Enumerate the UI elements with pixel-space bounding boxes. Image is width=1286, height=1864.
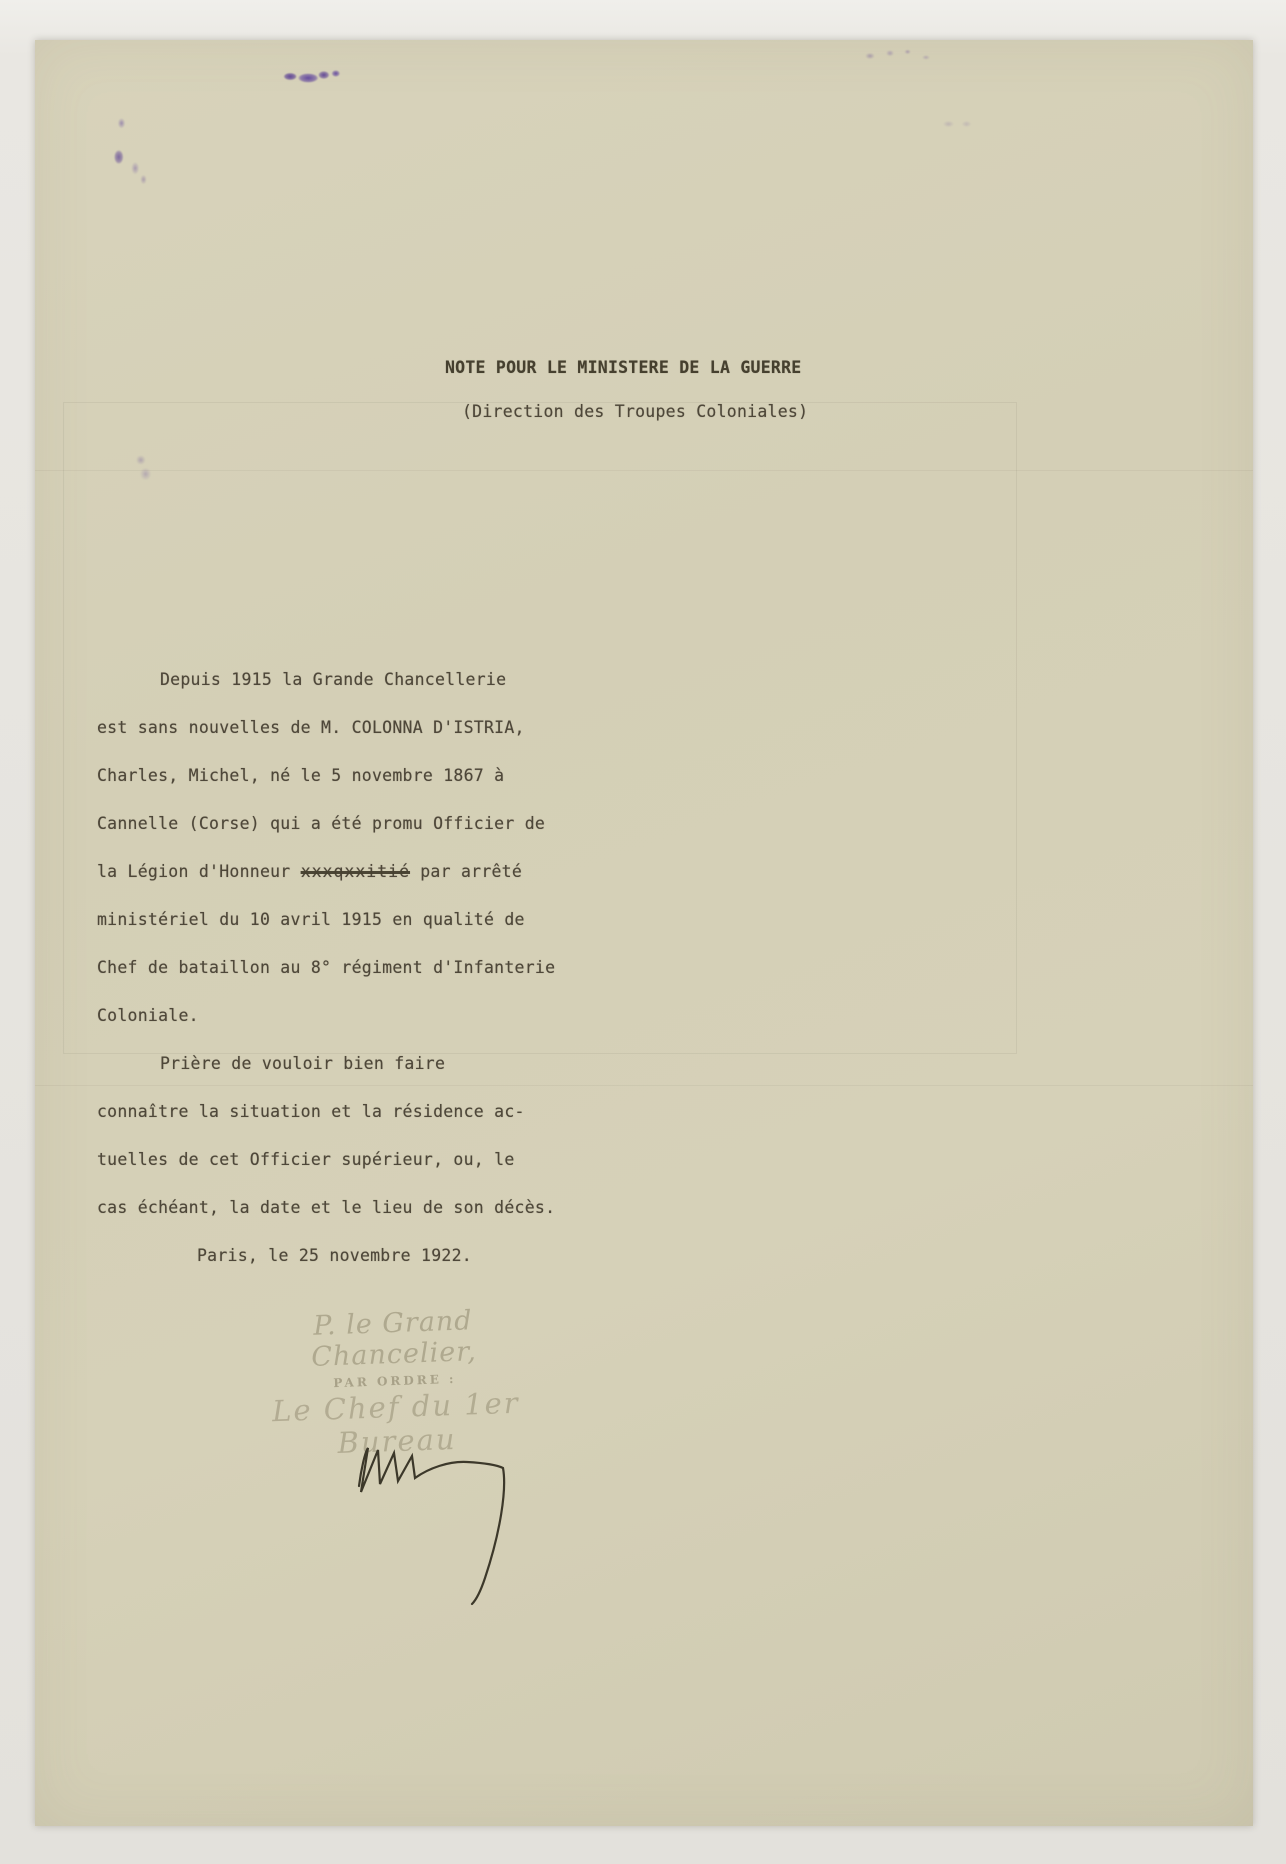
strikeout-prefix: la Légion d'Honneur <box>97 862 301 881</box>
paper-crease <box>35 470 1253 471</box>
body-line: Depuis 1915 la Grande Chancellerie <box>97 656 555 704</box>
ink-smudge <box>105 112 160 187</box>
body-line: est sans nouvelles de M. COLONNA D'ISTRI… <box>97 704 555 752</box>
body-line: Chef de bataillon au 8° régiment d'Infan… <box>97 944 555 992</box>
body-line-with-strikeout: la Légion d'Honneur xxxqxxitié par arrêt… <box>97 848 555 896</box>
ink-smudge <box>858 42 938 70</box>
strikeout-suffix: par arrêté <box>410 862 522 881</box>
ink-smudge <box>935 115 980 133</box>
body-line: Prière de vouloir bien faire <box>97 1040 555 1088</box>
body-line: Cannelle (Corse) qui a été promu Officie… <box>97 800 555 848</box>
scanned-document-photo: { "document": { "header": { "title": "NO… <box>0 0 1286 1864</box>
ink-smudge <box>283 60 343 90</box>
document-body: Depuis 1915 la Grande Chancellerie est s… <box>97 656 555 1280</box>
document-paper: NOTE POUR LE MINISTERE DE LA GUERRE (Dir… <box>35 40 1253 1826</box>
date-line: Paris, le 25 novembre 1922. <box>97 1232 555 1280</box>
document-subtitle: (Direction des Troupes Coloniales) <box>462 402 808 421</box>
body-line: Charles, Michel, né le 5 novembre 1867 à <box>97 752 555 800</box>
document-title: NOTE POUR LE MINISTERE DE LA GUERRE <box>445 358 801 377</box>
body-line: connaître la situation et la résidence a… <box>97 1088 555 1136</box>
body-line: ministériel du 10 avril 1915 en qualité … <box>97 896 555 944</box>
body-line: Coloniale. <box>97 992 555 1040</box>
body-line: cas échéant, la date et le lieu de son d… <box>97 1184 555 1232</box>
body-line: tuelles de cet Officier supérieur, ou, l… <box>97 1136 555 1184</box>
strikeout-word: xxxqxxitié <box>301 862 410 881</box>
signature-stroke <box>345 1428 575 1608</box>
stamp-line-grand-chancelier: P. le Grand Chancelier, <box>227 1302 559 1375</box>
handwritten-signature <box>345 1428 575 1612</box>
